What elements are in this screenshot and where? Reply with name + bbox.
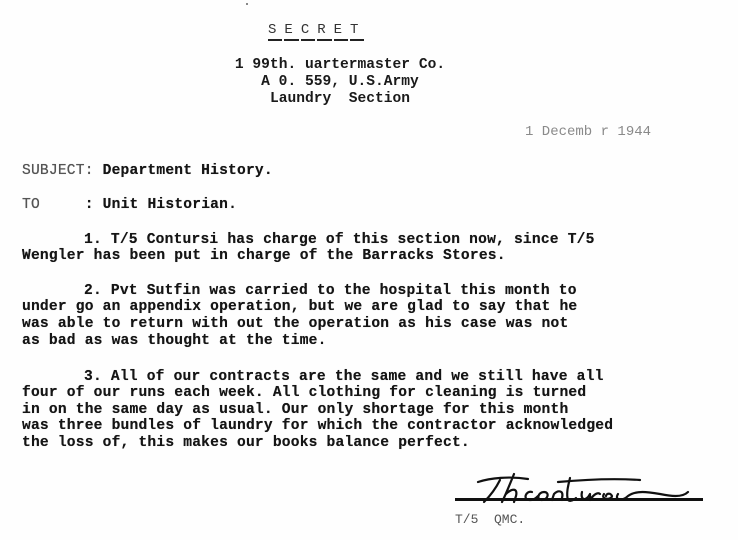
letterhead-section: Laundry Section — [190, 91, 490, 108]
paragraph-3-line-4: was three bundles of laundry for which t… — [22, 418, 613, 434]
document-date: 1 Decemb r 1944 — [525, 124, 651, 140]
paragraph-1-line-1: 1. T/5 Contursi has charge of this secti… — [84, 232, 595, 248]
scan-speck — [246, 3, 248, 5]
paragraph-3-line-5: the loss of, this makes our books balanc… — [22, 435, 470, 451]
paragraph-1-line-2: Wengler has been put in charge of the Ba… — [22, 248, 506, 264]
signature-caption: T/5 QMC. — [455, 512, 525, 527]
letterhead-unit: 1 99th. uartermaster Co. — [190, 57, 490, 74]
classification-letter: E — [334, 22, 348, 41]
to-line: TO : Unit Historian. — [22, 197, 237, 213]
paragraph-3-line-2: four of our runs each week. All clothing… — [22, 385, 586, 401]
letterhead: 1 99th. uartermaster Co. A 0. 559, U.S.A… — [190, 57, 490, 108]
classification-letter: C — [301, 22, 315, 41]
to-separator: : — [85, 197, 94, 213]
subject-label: SUBJECT: — [22, 163, 94, 179]
classification-letter: E — [284, 22, 298, 41]
paragraph-2-line-1: 2. Pvt Sutfin was carried to the hospita… — [84, 283, 577, 299]
paragraph-2-line-4: as bad as was thought at the time. — [22, 333, 327, 349]
classification-letter: T — [350, 22, 364, 41]
to-text: Unit Historian. — [103, 197, 237, 213]
document-page: SECRET 1 99th. uartermaster Co. A 0. 559… — [0, 0, 738, 540]
classification-heading: SECRET — [268, 22, 366, 38]
subject-line: SUBJECT: Department History. — [22, 163, 273, 179]
paragraph-2-line-3: was able to return with out the operatio… — [22, 316, 568, 332]
classification-letter: R — [317, 22, 331, 41]
signature-underline — [455, 498, 703, 501]
classification-letter: S — [268, 22, 282, 41]
paragraph-2-line-2: under go an appendix operation, but we a… — [22, 299, 577, 315]
letterhead-apo: A 0. 559, U.S.Army — [190, 74, 490, 91]
paragraph-3-line-1: 3. All of our contracts are the same and… — [84, 369, 604, 385]
paragraph-3-line-3: in on the same day as usual. Our only sh… — [22, 402, 568, 418]
to-label: TO — [22, 197, 40, 213]
subject-text: Department History. — [103, 163, 273, 179]
